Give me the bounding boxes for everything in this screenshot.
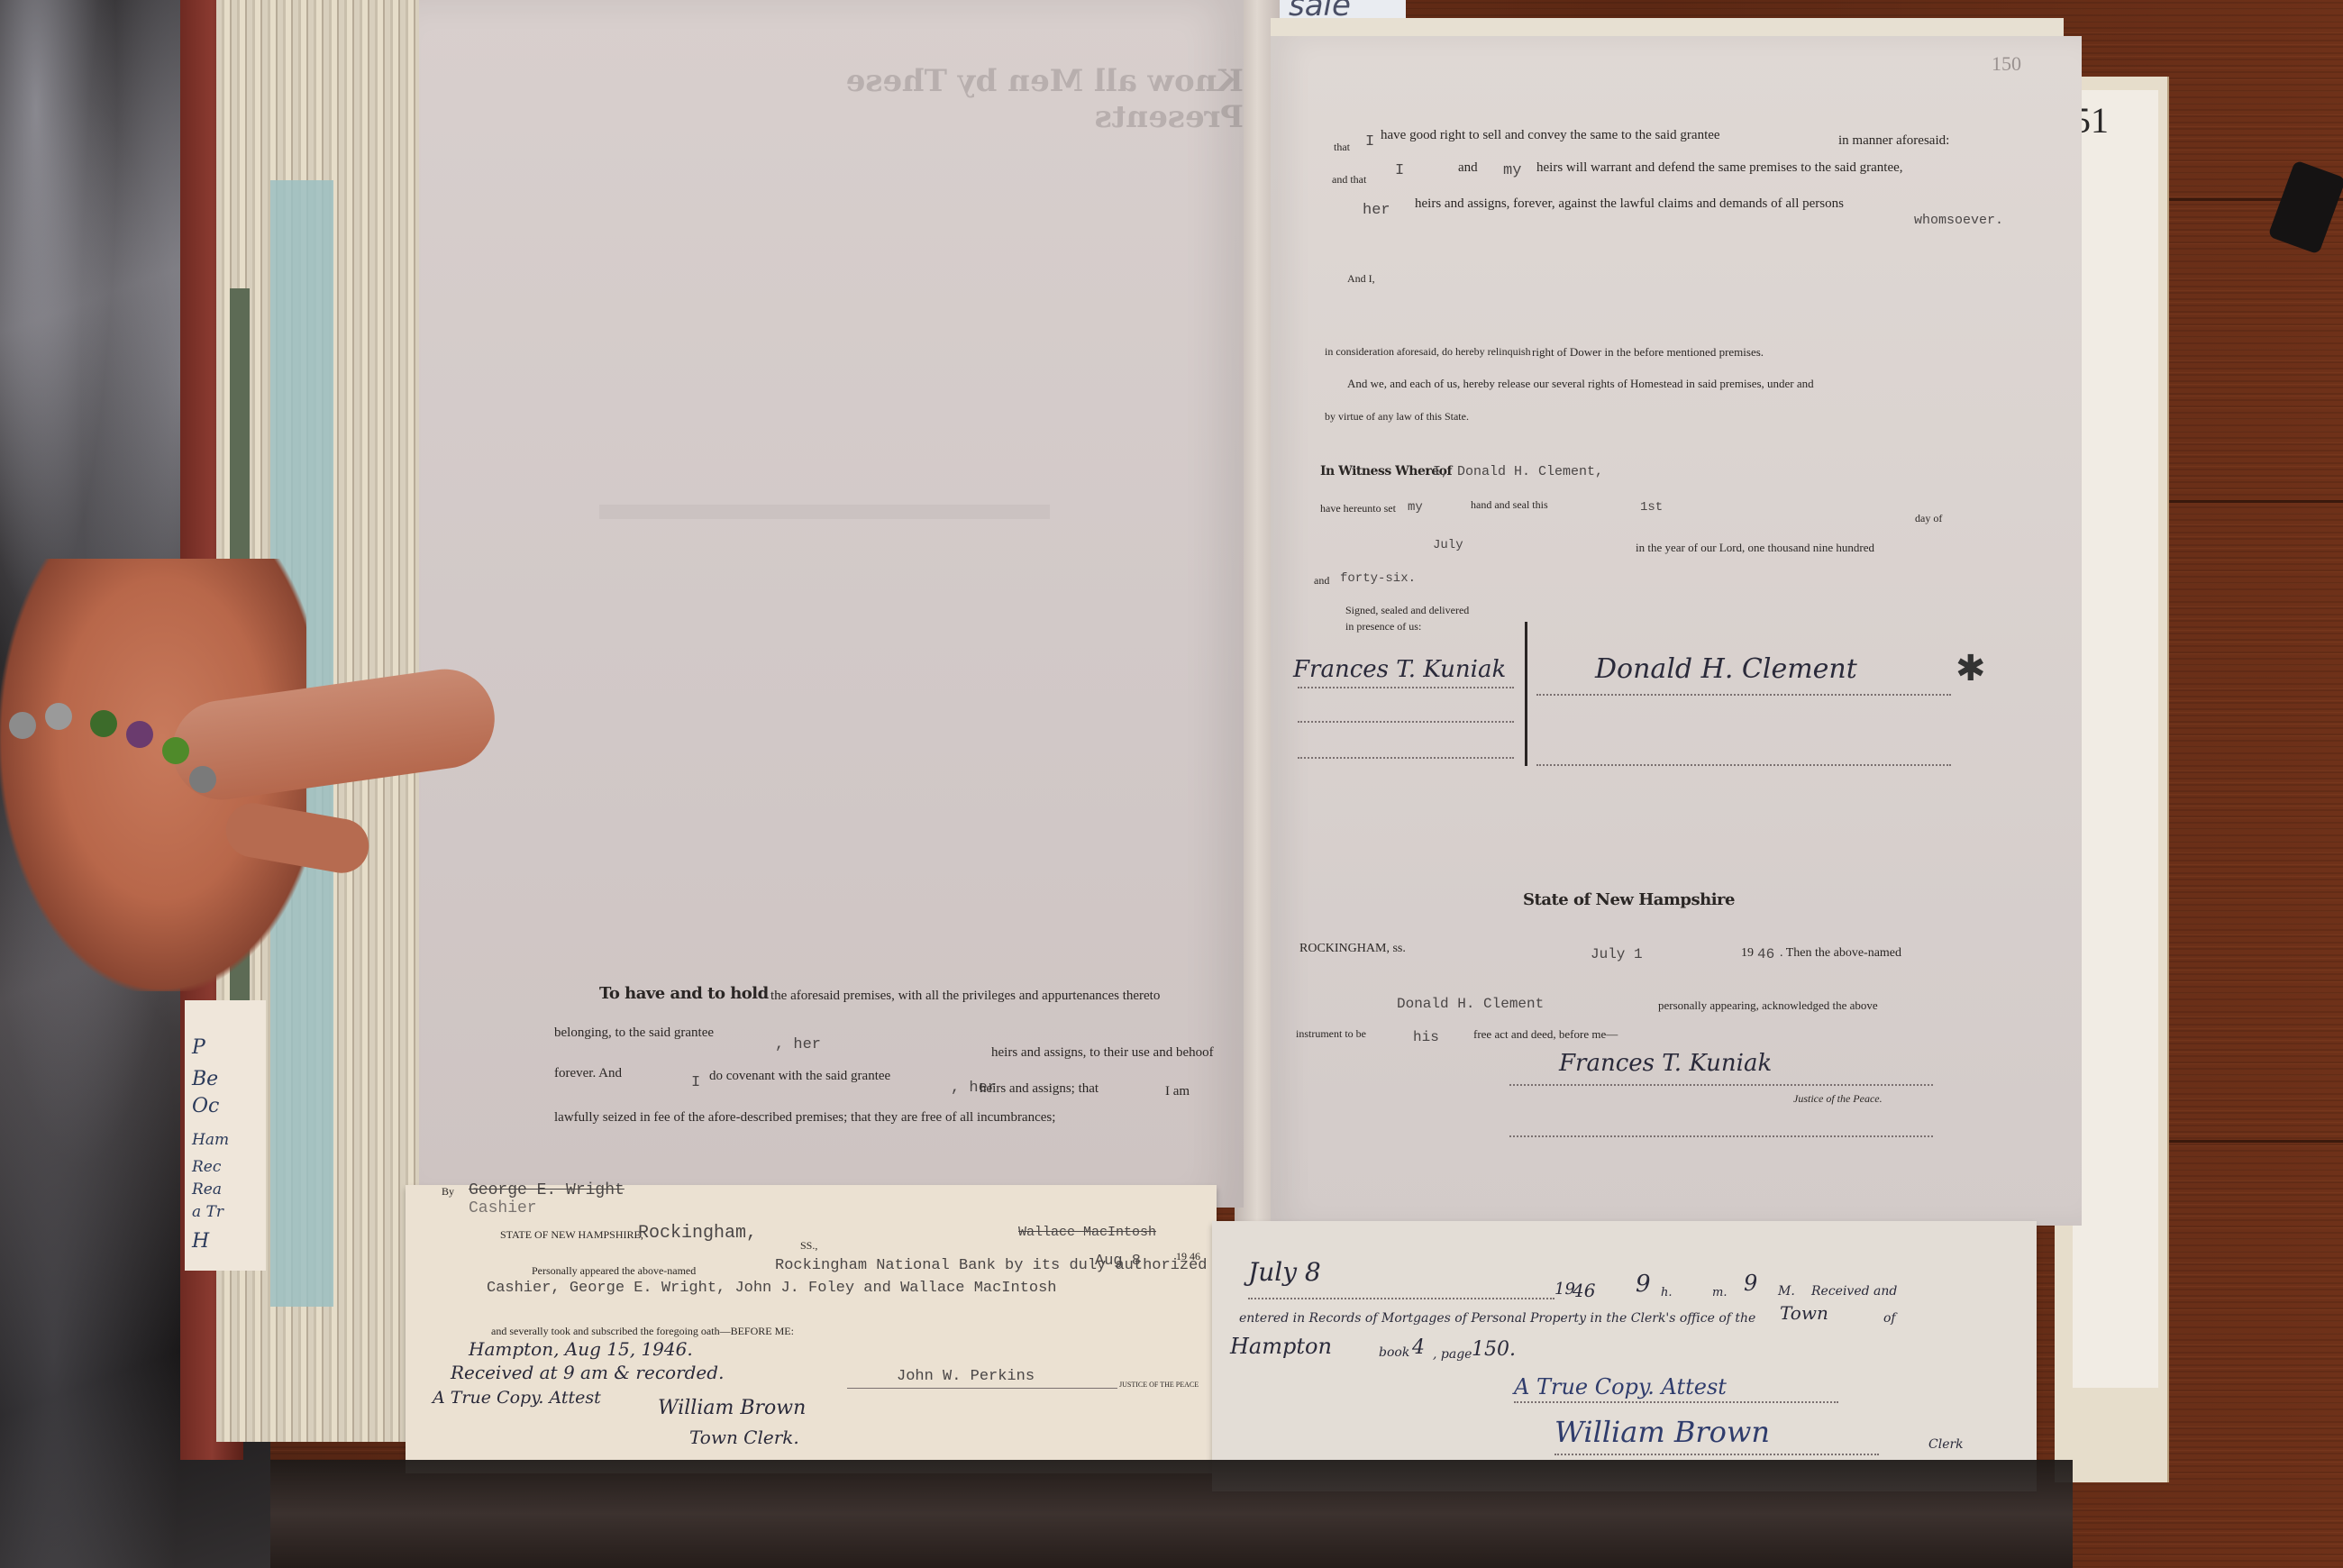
- grantor-signature: Donald H. Clement: [1595, 653, 1857, 685]
- note-line: Ham: [192, 1131, 229, 1149]
- acknowledgment-text: personally appearing, acknowledged the a…: [1658, 998, 1878, 1013]
- habendum-line: heirs and assigns; that: [980, 1081, 1099, 1097]
- witness-text: hand and seal this: [1471, 498, 1548, 512]
- grantor-pronoun: I: [691, 1074, 700, 1091]
- hour-label: h.: [1661, 1286, 1673, 1299]
- habendum-line: heirs and assigns, to their use and beho…: [991, 1045, 1214, 1061]
- habendum-line: lawfully seized in fee of the afore-desc…: [554, 1110, 1055, 1126]
- dower-text: in consideration aforesaid, do hereby re…: [1325, 345, 1531, 359]
- oath-text: Personally appeared the above-named: [532, 1264, 696, 1278]
- homestead-text: by virtue of any law of this State.: [1325, 410, 1469, 424]
- grantor-pronoun: I: [1395, 162, 1404, 179]
- year-suffix: 46: [1757, 946, 1774, 962]
- clerk-signature: William Brown: [658, 1397, 806, 1419]
- habendum-line: I am: [1165, 1084, 1190, 1099]
- handwritten-note: A True Copy. Attest: [433, 1388, 601, 1408]
- clerk-title-handwritten: Town Clerk.: [689, 1427, 799, 1448]
- handwritten-note: Received at 9 am & recorded.: [451, 1362, 724, 1383]
- bleed-through-text: [599, 505, 1050, 519]
- acknowledgment-text: . Then the above-named: [1780, 946, 1901, 961]
- minute-label: m.: [1712, 1286, 1727, 1299]
- dower-text: And I,: [1347, 272, 1375, 286]
- grantor-pronoun: my: [1503, 162, 1521, 179]
- acknowledging-pronoun: his: [1413, 1029, 1439, 1045]
- clerk-label: Clerk: [1928, 1437, 1964, 1452]
- note-line: Rec: [192, 1158, 221, 1176]
- covenant-text: that: [1334, 141, 1350, 154]
- attest-handwritten: A True Copy. Attest: [1514, 1374, 1727, 1399]
- page-label: , page: [1433, 1347, 1472, 1362]
- note-line: Rea: [192, 1181, 222, 1199]
- month-value: July: [1433, 538, 1463, 552]
- year-suffix: 46: [1573, 1280, 1595, 1301]
- homestead-text: And we, and each of us, hereby release o…: [1347, 377, 1814, 391]
- fill-line: [1514, 1401, 1838, 1403]
- note-line: Be: [192, 1068, 218, 1090]
- received-minute: 9: [1744, 1271, 1757, 1296]
- book-number: 4: [1412, 1336, 1425, 1359]
- note-line: a Tr: [192, 1203, 223, 1221]
- grantee-pronoun: her: [1363, 202, 1390, 219]
- received-date: July 8: [1248, 1257, 1321, 1287]
- witness-text: in presence of us:: [1345, 620, 1421, 634]
- page-number: 150: [1992, 52, 2021, 76]
- habendum-lead: To have and to hold: [599, 984, 769, 1003]
- office-handwritten: Town: [1780, 1302, 1828, 1324]
- cashier-name: George E. Wright: [469, 1181, 624, 1199]
- covenant-text: heirs and assigns, forever, against the …: [1415, 196, 1844, 212]
- witness-text: in the year of our Lord, one thousand ni…: [1636, 541, 1874, 555]
- right-page[interactable]: 150 that I have good right to sell and c…: [1271, 36, 2082, 1226]
- plank-seam: [2145, 1140, 2343, 1143]
- habendum-line: do covenant with the said grantee: [709, 1069, 890, 1084]
- grantee-pronoun: , her: [775, 1036, 821, 1053]
- witness-text: day of: [1915, 512, 1942, 525]
- grantor-pronoun: I: [1365, 133, 1374, 150]
- signature-line: [1298, 757, 1514, 759]
- acknowledgment-heading: State of New Hampshire: [1523, 890, 1735, 909]
- by-label: By: [442, 1185, 454, 1199]
- officers-line: Cashier, George E. Wright, John J. Foley…: [487, 1280, 1057, 1297]
- covenant-text: and that: [1332, 173, 1366, 187]
- acknowledgment-text: instrument to be: [1296, 1027, 1366, 1041]
- covenant-text: and: [1458, 160, 1478, 176]
- covenant-text: in manner aforesaid:: [1838, 133, 1949, 149]
- year-words: forty-six.: [1340, 571, 1416, 586]
- justice-title: Justice of the Peace.: [1793, 1092, 1883, 1106]
- justice-signature: Frances T. Kuniak: [1559, 1050, 1772, 1077]
- acknowledgment-text: free act and deed, before me—: [1473, 1027, 1618, 1042]
- grantor-pronoun: my: [1408, 500, 1423, 515]
- witness-signature: Frances T. Kuniak: [1293, 656, 1506, 683]
- grantor-name: I, Donald H. Clement,: [1433, 464, 1603, 479]
- book-label: book: [1379, 1345, 1409, 1360]
- ss-label: SS.,: [800, 1239, 817, 1253]
- state-label: STATE OF NEW HAMPSHIRE,: [500, 1228, 643, 1242]
- signature-line: [1509, 1135, 1933, 1137]
- oath-text: and severally took and subscribed the fo…: [491, 1325, 794, 1338]
- handwritten-note: Hampton, Aug 15, 1946.: [469, 1338, 693, 1360]
- oath-slip[interactable]: George E. Wright By Cashier STATE OF NEW…: [406, 1185, 1217, 1473]
- acknowledgment-date: July 1: [1591, 946, 1643, 962]
- note-line: Oc: [192, 1095, 219, 1117]
- underlying-page: [2073, 90, 2158, 1388]
- town-handwritten: Hampton: [1230, 1334, 1332, 1359]
- signature-line: [1298, 687, 1514, 688]
- signature-line: [1536, 764, 1951, 766]
- signature-line: [1536, 694, 1951, 696]
- left-page[interactable]: Know all Men by These Presents To have a…: [419, 0, 1244, 1208]
- habendum-line: belonging, to the said grantee: [554, 1026, 714, 1041]
- acknowledging-person: Donald H. Clement: [1397, 996, 1544, 1012]
- seal-scribble-icon: ✱: [1956, 647, 2006, 692]
- covenant-text: have good right to sell and convey the s…: [1381, 128, 1720, 143]
- covenant-text: heirs will warrant and defend the same p…: [1536, 160, 1903, 176]
- habendum-line: forever. And: [554, 1066, 622, 1081]
- meridiem-label: M.: [1778, 1284, 1795, 1299]
- dower-text: right of Dower in the before mentioned p…: [1532, 345, 1764, 360]
- cashier-title: Cashier: [469, 1199, 537, 1217]
- day-value: 1st: [1640, 500, 1663, 515]
- year-prefix: 19: [1741, 946, 1754, 961]
- struck-name: Wallace MacIntosh: [1018, 1225, 1156, 1240]
- beaded-bracelet: [0, 703, 234, 757]
- page-value: 150.: [1472, 1338, 1516, 1361]
- recording-slip[interactable]: July 8 19 46 9 h. m. 9 M. Received and e…: [1212, 1221, 2037, 1491]
- witness-text: Signed, sealed and delivered: [1345, 604, 1469, 617]
- handwritten-note-slip: P Be Oc Ham Rec Rea a Tr H: [185, 1000, 266, 1271]
- bleed-through-heading: Know all Men by These Presents: [689, 63, 1244, 135]
- bank-name: Rockingham National Bank by its duly aut…: [775, 1257, 1207, 1274]
- signature-line: [1298, 721, 1514, 723]
- justice-name: John W. Perkins: [897, 1368, 1035, 1385]
- of-label: of: [1883, 1311, 1896, 1326]
- signature-line: [847, 1388, 1117, 1389]
- received-hour: 9: [1636, 1271, 1651, 1298]
- note-line: H: [192, 1230, 209, 1253]
- plastic-sheet-bottom: [270, 1460, 2073, 1568]
- divider-bracket: [1525, 622, 1527, 766]
- received-text: Received and: [1811, 1284, 1897, 1299]
- plank-seam: [2145, 500, 2343, 503]
- clerk-signature: William Brown: [1554, 1415, 1770, 1449]
- signature-line: [1509, 1084, 1933, 1086]
- county-label: ROCKINGHAM, ss.: [1299, 942, 1406, 956]
- covenant-text: whomsoever.: [1914, 213, 2003, 228]
- justice-title: JUSTICE OF THE PEACE: [1119, 1381, 1199, 1389]
- note-line: P: [192, 1036, 205, 1059]
- entered-text: entered in Records of Mortgages of Perso…: [1239, 1311, 1755, 1326]
- county-value: Rockingham,: [638, 1223, 757, 1244]
- habendum-line: the aforesaid premises, with all the pri…: [770, 989, 1160, 1004]
- fill-line: [1248, 1298, 1554, 1299]
- witness-text: and: [1314, 574, 1329, 588]
- signature-line: [1554, 1454, 1879, 1455]
- witness-text: have hereunto set: [1320, 502, 1396, 515]
